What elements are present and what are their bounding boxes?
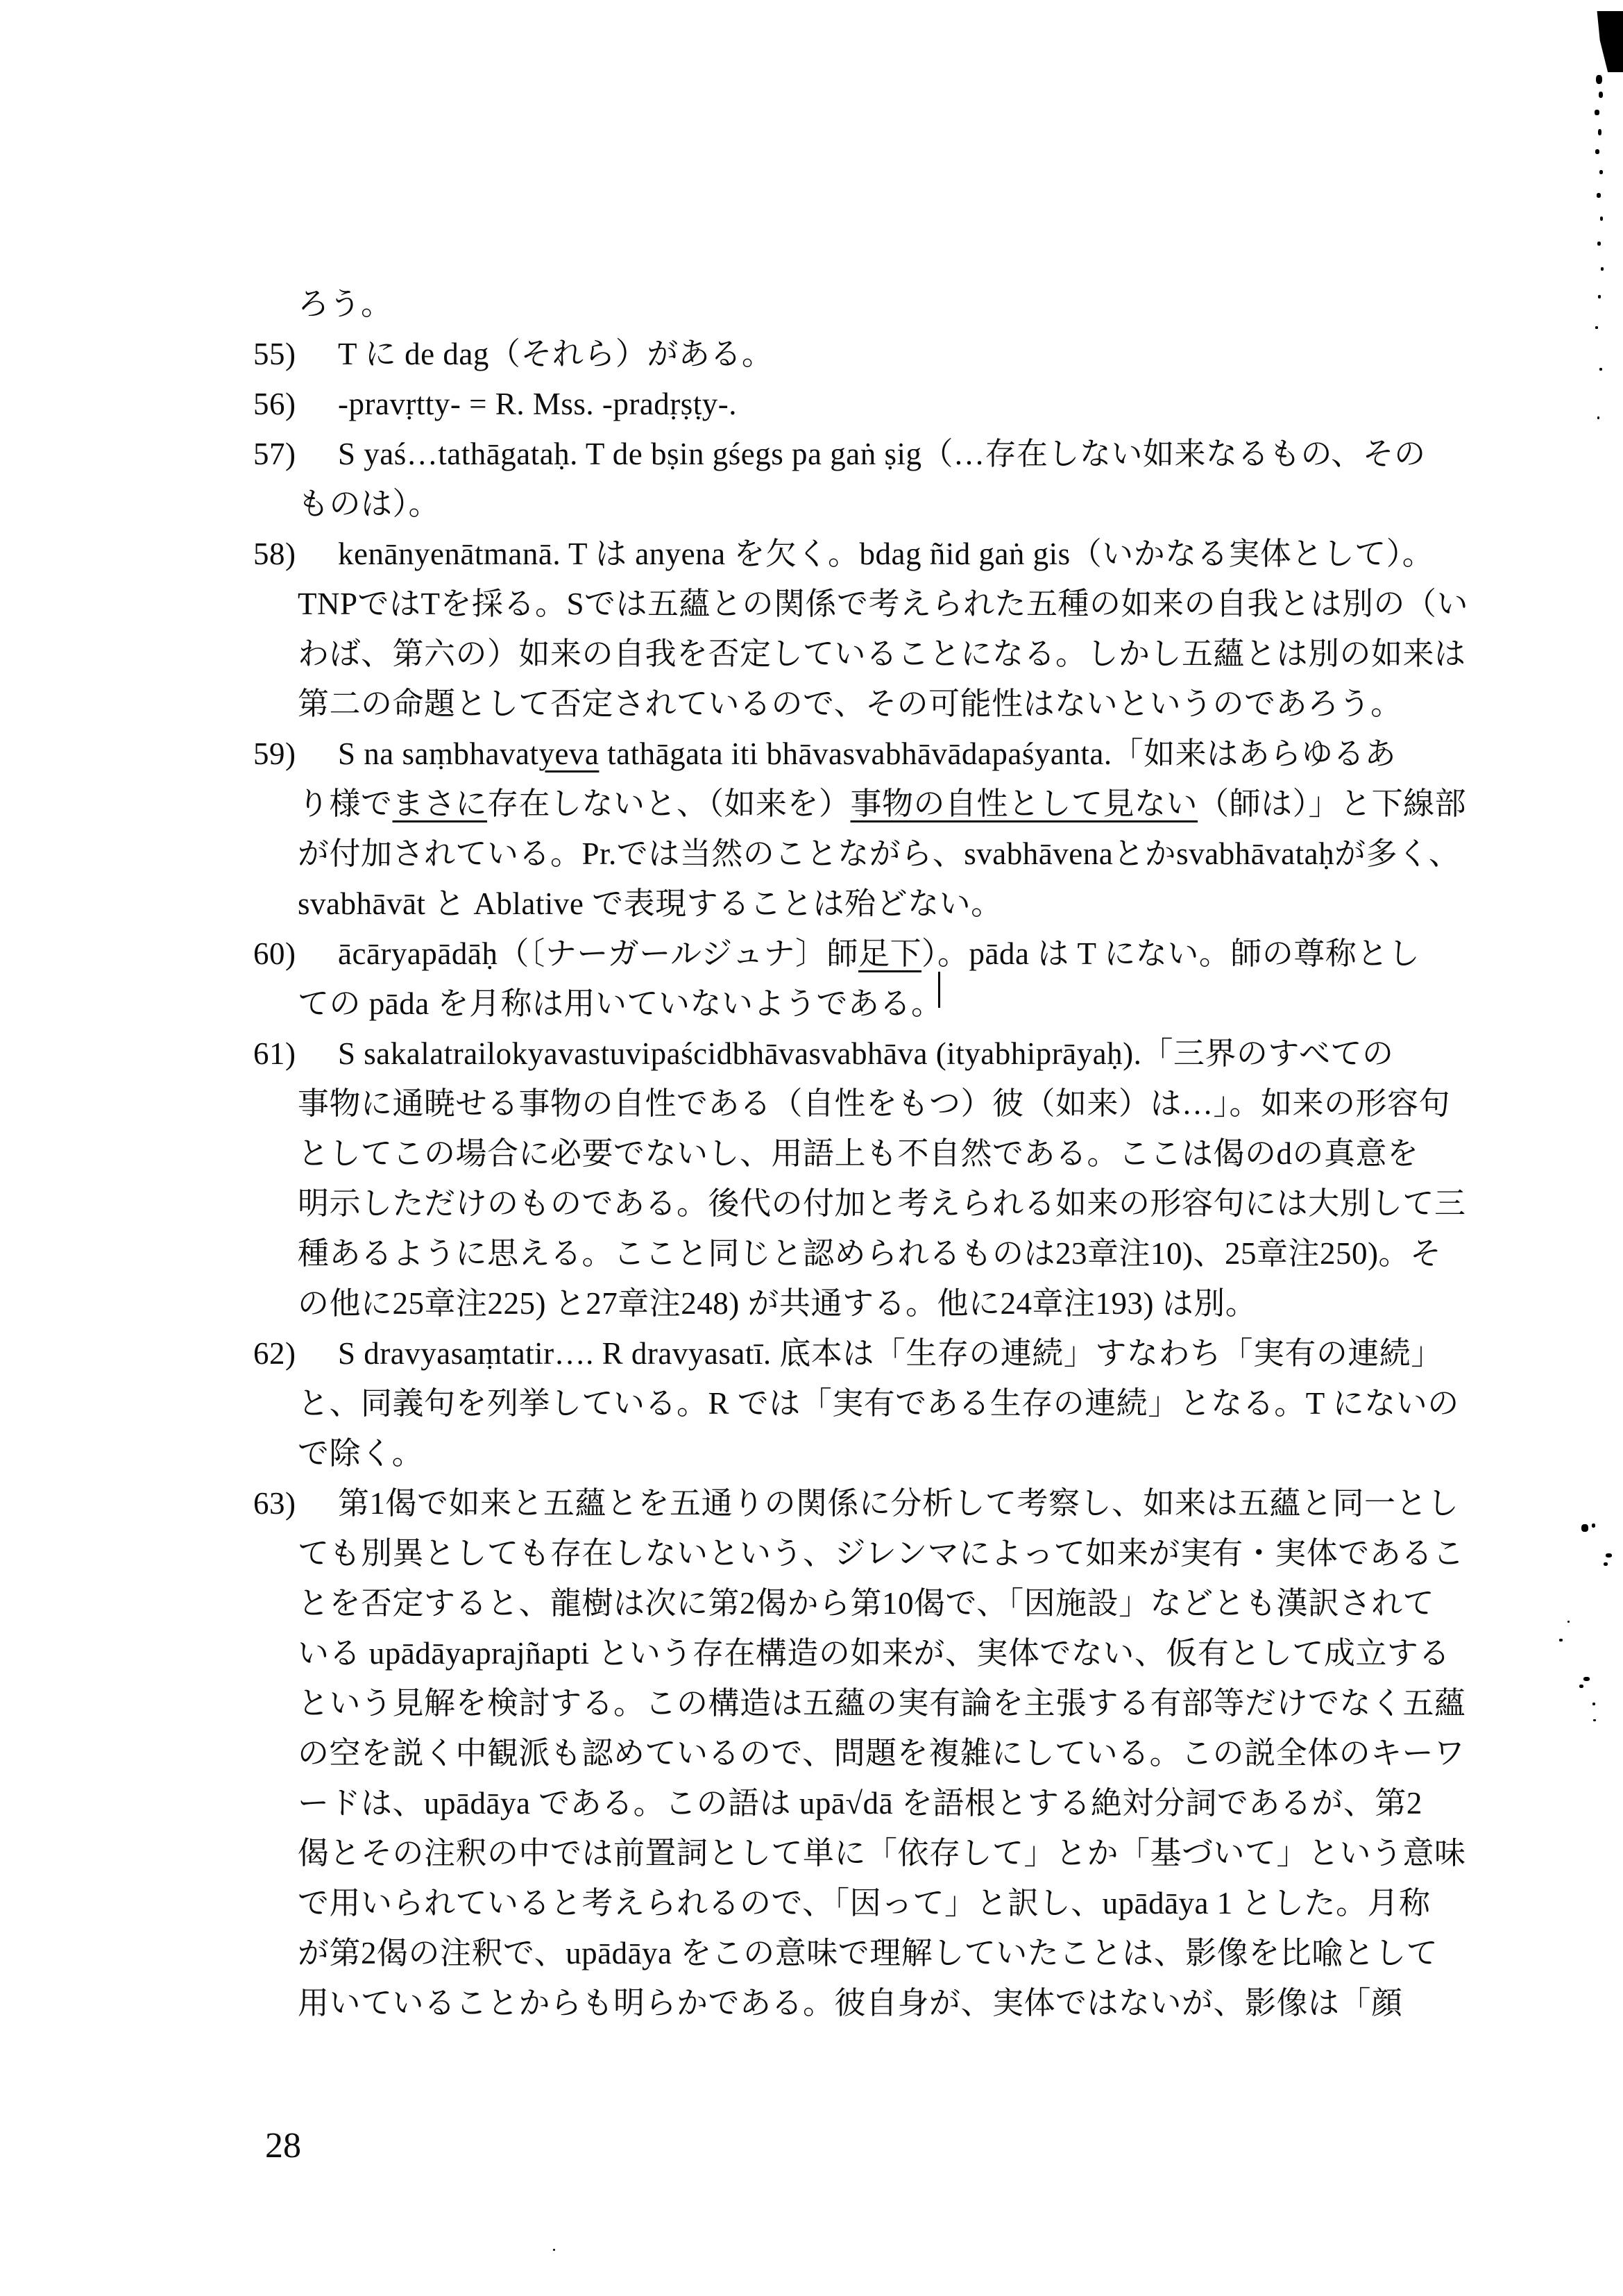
note-line-continuation: svabhāvāt と Ablative で表現することは殆どない。 xyxy=(298,879,1488,929)
underlined-text: 事物の自性として見ない xyxy=(851,786,1198,821)
note-line: 60)ācāryapādāḥ（〔ナーガールジュナ〕師足下）。pāda は T に… xyxy=(253,929,1488,979)
scan-speck xyxy=(1598,129,1601,135)
text-segment: S sakalatrailokyavastuvipaścidbhāvasvabh… xyxy=(338,1036,1393,1071)
text-segment: （師は）」と下線部 xyxy=(1198,786,1466,821)
scan-speck xyxy=(1601,267,1604,271)
note-line: 62)S dravyasaṃtatir…. R dravyasatī. 底本は「… xyxy=(253,1328,1488,1378)
scan-speck xyxy=(1559,1639,1563,1641)
note-line-continuation: ても別異としても存在しないという、ジレンマによって如来が実有・実体であるこ xyxy=(298,1528,1488,1578)
note-line-continuation: 事物に通暁せる事物の自性である（自性をもつ）彼（如来）は…」。如来の形容句 xyxy=(298,1079,1488,1129)
text-segment: とを否定すると、龍樹は次に第2偈から第10偈で、「因施設」などとも漢訳されて xyxy=(298,1586,1434,1621)
text-segment: ものは）。 xyxy=(298,487,440,521)
text-segment: ろう。 xyxy=(298,287,393,321)
note-line-continuation: という見解を検討する。この構造は五蘊の実有論を主張する有部等だけでなく五蘊 xyxy=(298,1678,1488,1728)
scan-smudge xyxy=(1587,11,1623,72)
scan-speck xyxy=(1596,75,1602,84)
scan-speck xyxy=(1581,1524,1588,1532)
scan-speck xyxy=(1595,110,1599,115)
text-segment: で用いられていると考えられるので、「因って」と訳し、upādāya 1 とした。… xyxy=(298,1886,1431,1921)
note-line-continuation: 第二の命題として否定されているので、その可能性はないというのであろう。 xyxy=(298,679,1488,729)
note-line-continuation: の他に25章注225) と27章注248) が共通する。他に24章注193) は… xyxy=(298,1278,1488,1328)
note-line: 58)kenānyenātmanā. T は anyena を欠く。bdag ñ… xyxy=(253,529,1488,579)
note-number: 63) xyxy=(253,1478,338,1528)
text-segment: で除く。 xyxy=(298,1436,423,1471)
scan-speck xyxy=(1583,1677,1590,1681)
note-line-continuation: で除く。 xyxy=(298,1428,1488,1478)
note-line-continuation: 種あるように思える。ここと同じと認められるものは23章注10)、25章注250)… xyxy=(298,1229,1488,1278)
text-segment: kenānyenātmanā. T は anyena を欠く。bdag ñid … xyxy=(338,537,1434,571)
underlined-text: まさに xyxy=(393,786,488,821)
text-segment: 事物に通暁せる事物の自性である（自性をもつ）彼（如来）は…」。如来の形容句 xyxy=(298,1086,1450,1121)
scan-speck xyxy=(1597,242,1601,246)
text-segment: り様で xyxy=(298,786,393,821)
note-line: 57)S yaś…tathāgataḥ. T de bṣin gśegs pa … xyxy=(253,429,1488,479)
text-segment: -pravṛtty- = R. Mss. -pradṛṣṭy-. xyxy=(338,387,737,421)
scan-speck xyxy=(1593,1719,1596,1721)
note-line: 59)S na saṃbhavatyeva tathāgata iti bhāv… xyxy=(253,729,1488,779)
text-segment: S na saṃbhavat xyxy=(338,736,538,771)
note-line-continuation: 明示しただけのものである。後代の付加と考えられる如来の形容句には大別して三 xyxy=(298,1179,1488,1229)
text-segment: 明示しただけのものである。後代の付加と考えられる如来の形容句には大別して三 xyxy=(298,1186,1466,1221)
text-segment: ての pāda を月称は用いていないようである。 xyxy=(298,986,942,1021)
notes-text: ろう。55)T に de dag（それら）がある。56)-pravṛtty- =… xyxy=(253,279,1488,2028)
text-segment: と、同義句を列挙している。R では「実有である生存の連続」となる。T にないの xyxy=(298,1386,1459,1421)
note-line-continuation: が付加されている。Pr.では当然のことながら、svabhāvenaとかsvabh… xyxy=(298,829,1488,879)
text-segment: T に de dag（それら）がある。 xyxy=(338,337,773,371)
note-number: 57) xyxy=(253,429,338,479)
note-line: 56)-pravṛtty- = R. Mss. -pradṛṣṭy-. xyxy=(253,379,1488,429)
note-line-continuation: り様でまさに存在しないと、（如来を）事物の自性として見ない（師は）」と下線部 xyxy=(298,779,1488,829)
text-segment: 第1偈で如来と五蘊とを五通りの関係に分析して考察し、如来は五蘊と同一とし xyxy=(338,1486,1459,1521)
note-line-continuation: ードは、upādāya である。この語は upā√dā を語根とする絶対分詞であ… xyxy=(298,1778,1488,1828)
note-line: 55)T に de dag（それら）がある。 xyxy=(253,329,1488,379)
scan-speck xyxy=(1595,326,1598,329)
scan-speck xyxy=(1604,1562,1608,1566)
note-line-continuation: ものは）。 xyxy=(298,479,1488,529)
note-line-continuation: で用いられていると考えられるので、「因って」と訳し、upādāya 1 とした。… xyxy=(298,1878,1488,1928)
text-segment: S dravyasaṃtatir…. R dravyasatī. 底本は「生存の… xyxy=(338,1336,1443,1371)
note-number: 62) xyxy=(253,1328,338,1378)
text-segment: の空を説く中観派も認めているので、問題を複雑にしている。この説全体のキーワ xyxy=(298,1736,1465,1771)
text-segment: TNPではTを採る。Sでは五蘊との関係で考えられた五種の如来の自我とは別の（い xyxy=(298,586,1468,621)
scan-speck xyxy=(1567,1621,1570,1623)
note-line: 63)第1偈で如来と五蘊とを五通りの関係に分析して考察し、如来は五蘊と同一とし xyxy=(253,1478,1488,1528)
text-segment: が付加されている。Pr.では当然のことながら、svabhāvenaとかsvabh… xyxy=(298,836,1460,871)
text-segment: の他に25章注225) と27章注248) が共通する。他に24章注193) は… xyxy=(298,1286,1257,1321)
note-line-continuation: とを否定すると、龍樹は次に第2偈から第10偈で、「因施設」などとも漢訳されて xyxy=(298,1578,1488,1628)
text-segment: ードは、upādāya である。この語は upā√dā を語根とする絶対分詞であ… xyxy=(298,1786,1422,1821)
text-segment: 第二の命題として否定されているので、その可能性はないというのであろう。 xyxy=(298,686,1402,721)
scan-speck xyxy=(1595,149,1599,154)
note-line-continuation: 用いていることからも明らかである。彼自身が、実体ではないが、影像は「顔 xyxy=(298,1978,1488,2028)
scan-speck xyxy=(1600,217,1603,221)
note-number: 58) xyxy=(253,529,338,579)
text-segment: tathāgata iti bhāvasvabhāvādapaśyanta.「如… xyxy=(599,736,1396,771)
note-number: 60) xyxy=(253,929,338,979)
text-segment: いる upādāyaprajñapti という存在構造の如来が、実体でない、仮有… xyxy=(298,1636,1450,1671)
scan-speck xyxy=(553,2249,555,2251)
note-number: 55) xyxy=(253,329,338,379)
note-line: 61)S sakalatrailokyavastuvipaścidbhāvasv… xyxy=(253,1029,1488,1079)
note-line-continuation: いる upādāyaprajñapti という存在構造の如来が、実体でない、仮有… xyxy=(298,1628,1488,1678)
text-segment: ）。pāda は T にない。師の尊称とし xyxy=(921,936,1420,971)
text-segment: 偈とその注釈の中では前置詞として単に「依存して」とか「基づいて」という意味 xyxy=(298,1836,1466,1871)
text-segment: 用いていることからも明らかである。彼自身が、実体ではないが、影像は「顔 xyxy=(298,1986,1403,2020)
scan-speck xyxy=(1599,170,1603,174)
text-segment: としてこの場合に必要でないし、用語上も不自然である。ここは偈のdの真意を xyxy=(298,1136,1419,1171)
scan-speck xyxy=(1599,92,1603,98)
underlined-text: yeva xyxy=(538,736,599,771)
note-line-continuation: ての pāda を月称は用いていないようである。 xyxy=(298,979,1488,1029)
text-segment: 種あるように思える。ここと同じと認められるものは23章注10)、25章注250)… xyxy=(298,1236,1441,1271)
text-segment: svabhāvāt と Ablative で表現することは殆どない。 xyxy=(298,886,1003,921)
scan-speck xyxy=(1599,368,1602,371)
scan-speck xyxy=(1597,416,1599,419)
note-number: 61) xyxy=(253,1029,338,1079)
text-segment: S yaś…tathāgataḥ. T de bṣin gśegs pa gaṅ… xyxy=(338,437,1426,471)
scan-speck xyxy=(1579,1685,1583,1688)
note-line-continuation: わば、第六の）如来の自我を否定していることになる。しかし五蘊とは別の如来は xyxy=(298,629,1488,679)
scan-speck xyxy=(1597,193,1601,198)
text-segment: が第2偈の注釈で、upādāya をこの意味で理解していたことは、影像を比喩とし… xyxy=(298,1936,1438,1970)
note-line-continuation: ろう。 xyxy=(298,279,1488,329)
note-line-continuation: 偈とその注釈の中では前置詞として単に「依存して」とか「基づいて」という意味 xyxy=(298,1828,1488,1878)
scan-speck xyxy=(1592,1703,1595,1705)
text-segment: 存在しないと、（如来を） xyxy=(487,786,851,821)
text-segment: ても別異としても存在しないという、ジレンマによって如来が実有・実体であるこ xyxy=(298,1536,1464,1571)
text-segment: わば、第六の）如来の自我を否定していることになる。しかし五蘊とは別の如来は xyxy=(298,636,1466,671)
underlined-text: 足下 xyxy=(858,936,921,971)
text-segment: ācāryapādāḥ（〔ナーガールジュナ〕師 xyxy=(338,936,858,971)
note-line-continuation: としてこの場合に必要でないし、用語上も不自然である。ここは偈のdの真意を xyxy=(298,1129,1488,1179)
note-number: 59) xyxy=(253,729,338,779)
scan-speck xyxy=(1592,1523,1595,1528)
note-line-continuation: が第2偈の注釈で、upādāya をこの意味で理解していたことは、影像を比喩とし… xyxy=(298,1928,1488,1978)
note-number: 56) xyxy=(253,379,338,429)
scan-speck xyxy=(1606,1553,1612,1558)
page-number: 28 xyxy=(265,2125,301,2167)
scan-stray-line xyxy=(938,972,940,1008)
note-line-continuation: と、同義句を列挙している。R では「実有である生存の連続」となる。T にないの xyxy=(298,1378,1488,1428)
text-segment: という見解を検討する。この構造は五蘊の実有論を主張する有部等だけでなく五蘊 xyxy=(298,1686,1466,1721)
note-line-continuation: TNPではTを採る。Sでは五蘊との関係で考えられた五種の如来の自我とは別の（い xyxy=(298,579,1488,629)
scanned-page: ろう。55)T に de dag（それら）がある。56)-pravṛtty- =… xyxy=(0,0,1623,2296)
scan-speck xyxy=(1598,295,1601,298)
note-line-continuation: の空を説く中観派も認めているので、問題を複雑にしている。この説全体のキーワ xyxy=(298,1728,1488,1778)
